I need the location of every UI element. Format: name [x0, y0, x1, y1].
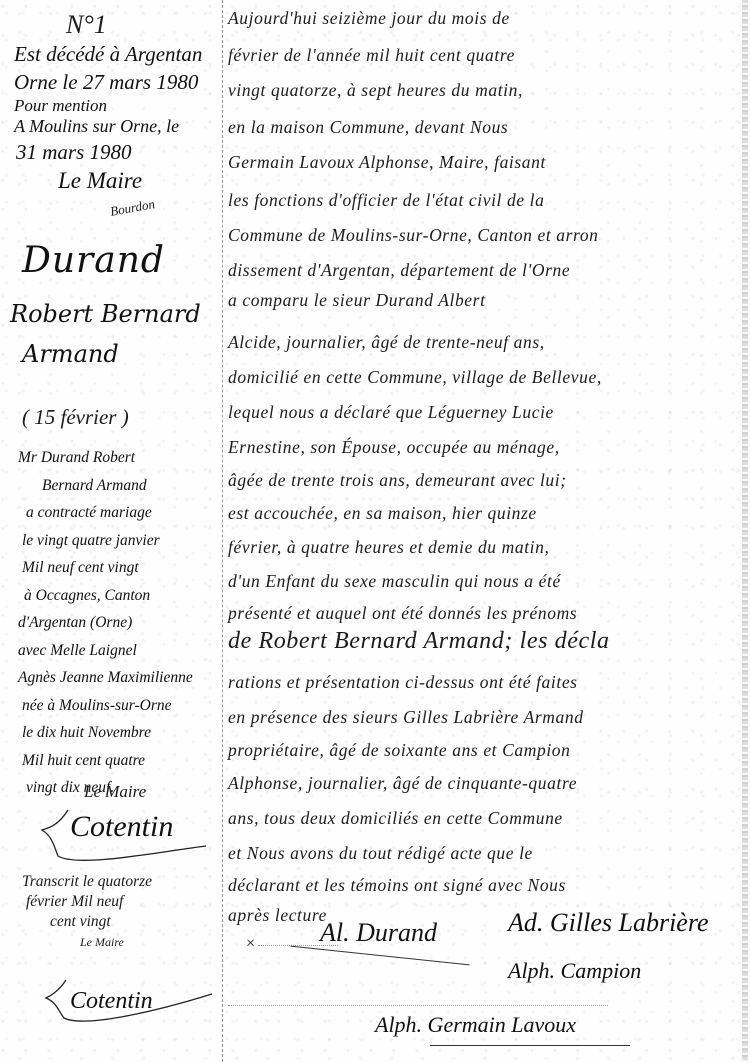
signature-flourish-icon: [38, 806, 208, 868]
mayor-signature: Bourdon: [109, 196, 156, 220]
marriage-mention: Mr Durand Robert Bernard Armand a contra…: [14, 444, 224, 802]
marriage-mention-line: Mil huit cent quatre: [14, 747, 224, 775]
record-line: Alphonse, journalier, âgé de cinquante-q…: [228, 773, 577, 794]
record-line: rations et présentation ci-dessus ont ét…: [228, 672, 578, 693]
transcription-mention-line: Transcrit le quatorze: [22, 872, 152, 892]
signature-underline: [290, 946, 469, 966]
transcription-mention-line: cent vingt: [22, 912, 152, 932]
record-line: présenté et auquel ont été donnés les pr…: [228, 603, 577, 624]
record-line: ans, tous deux domiciliés en cette Commu…: [228, 808, 563, 829]
record-line: propriétaire, âgé de soixante ans et Cam…: [228, 740, 571, 761]
mayor-label: Le Maire: [22, 932, 152, 952]
marriage-mention-line: d'Argentan (Orne): [14, 609, 224, 637]
marriage-mention-line: à Occagnes, Canton: [14, 582, 224, 610]
entry-number: N°1: [66, 10, 107, 40]
subject-given-names: Robert Bernard: [10, 300, 201, 328]
death-mention-line: Orne le 27 mars 1980: [14, 70, 198, 95]
signature-underline: [430, 1045, 630, 1046]
witness-signature: Alph. Campion: [508, 958, 641, 984]
signature-dotted-line: [228, 1005, 608, 1006]
record-line: domicilié en cette Commune, village de B…: [228, 367, 602, 388]
marriage-mention-line: née à Moulins-sur-Orne: [14, 692, 224, 720]
record-line: février de l'année mil huit cent quatre: [228, 45, 515, 66]
marriage-mention-line: avec Melle Laignel: [14, 637, 224, 665]
marriage-mention-line: Mr Durand Robert: [14, 444, 224, 472]
record-line: Alcide, journalier, âgé de trente-neuf a…: [228, 332, 545, 353]
declarant-mark: ×: [245, 935, 256, 953]
record-line: les fonctions d'officier de l'état civil…: [228, 190, 544, 211]
scan-right-edge: [742, 0, 748, 1062]
record-line: est accouchée, en sa maison, hier quinze: [228, 503, 537, 524]
declarant-signature: Al. Durand: [320, 918, 437, 948]
record-line: février, à quatre heures et demie du mat…: [228, 537, 549, 558]
subject-surname: Durand: [22, 240, 165, 281]
record-line: en la maison Commune, devant Nous: [228, 117, 508, 138]
record-line: dissement d'Argentan, département de l'O…: [228, 260, 570, 281]
death-mention-line: Est décédé à Argentan: [14, 42, 202, 67]
record-line: déclarant et les témoins ont signé avec …: [228, 875, 566, 896]
record-line: âgée de trente trois ans, demeurant avec…: [228, 470, 567, 491]
marriage-mention-line: Agnès Jeanne Maximilienne: [14, 664, 224, 692]
subject-given-names: Armand: [22, 340, 119, 368]
mayor-label: Le Maire: [84, 782, 146, 802]
record-line: vingt quatorze, à sept heures du matin,: [228, 80, 523, 101]
marriage-mention-line: le dix huit Novembre: [14, 719, 224, 747]
record-line: Ernestine, son Épouse, occupée au ménage…: [228, 437, 560, 458]
record-line: a comparu le sieur Durand Albert: [228, 290, 486, 311]
transcription-mention: Transcrit le quatorze février Mil neuf c…: [22, 872, 152, 952]
marriage-mention-line: le vingt quatre janvier: [14, 527, 224, 555]
scanned-document-page: N°1 Est décédé à Argentan Orne le 27 mar…: [0, 0, 750, 1062]
death-mention-line: Pour mention: [14, 96, 107, 116]
marriage-mention-line: Bernard Armand: [14, 472, 224, 500]
record-line: en présence des sieurs Gilles Labrière A…: [228, 707, 584, 728]
marriage-mention-line: a contracté mariage: [14, 499, 224, 527]
record-line: lequel nous a déclaré que Léguerney Luci…: [228, 402, 554, 423]
record-line: après lecture: [228, 905, 327, 926]
record-line-child-name: de Robert Bernard Armand; les décla: [228, 628, 610, 655]
signature-flourish-icon: [44, 972, 214, 1028]
witness-signature: Ad. Gilles Labrière: [508, 908, 709, 938]
mayor-signature: Alph. Germain Lavoux: [375, 1012, 576, 1038]
marriage-mention-line: Mil neuf cent vingt: [14, 554, 224, 582]
mayor-label: Le Maire: [58, 168, 142, 194]
death-mention-line: A Moulins sur Orne, le: [14, 116, 179, 137]
transcription-mention-line: février Mil neuf: [22, 892, 152, 912]
record-line: et Nous avons du tout rédigé acte que le: [228, 843, 533, 864]
record-line: d'un Enfant du sexe masculin qui nous a …: [228, 571, 561, 592]
record-line: Germain Lavoux Alphonse, Maire, faisant: [228, 152, 546, 173]
birth-date-note: ( 15 février ): [22, 405, 129, 430]
death-mention-line: 31 mars 1980: [16, 140, 132, 165]
record-line: Aujourd'hui seizième jour du mois de: [228, 8, 510, 29]
record-line: Commune de Moulins-sur-Orne, Canton et a…: [228, 225, 599, 246]
